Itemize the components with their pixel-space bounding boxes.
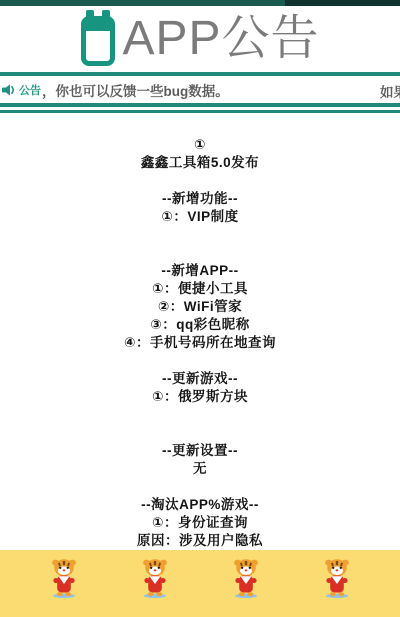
notice-label: 公告 (19, 82, 41, 98)
notice-overflow-text: 如果 (380, 81, 400, 101)
app-announcement-page: APP公告 公告 ，你也可以反馈一些bug数据。 如果 ①鑫鑫工具箱5.0发布-… (0, 0, 400, 617)
announcement-line: --新增功能-- (0, 190, 400, 208)
announcement-line: 鑫鑫工具箱5.0发布 (0, 154, 400, 172)
announcement-line: 无 (0, 460, 400, 478)
notice-marquee: 公告 ，你也可以反馈一些bug数据。 如果 (0, 76, 400, 103)
page-header: APP公告 (0, 6, 400, 72)
announcement-blank-line (0, 352, 400, 370)
announcement-line: ①：便捷小工具 (0, 280, 400, 298)
page-title: APP公告 (122, 15, 319, 63)
announcement-line: --淘汰APP%游戏-- (0, 496, 400, 514)
footer-mascot-bar (0, 550, 400, 617)
tiger-mascot-icon (229, 555, 263, 601)
announcement-line: ①：俄罗斯方块 (0, 388, 400, 406)
tiger-mascot-icon (138, 555, 172, 601)
speaker-icon (2, 83, 17, 97)
tiger-mascot-icon (320, 555, 354, 601)
announcement-blank-line (0, 226, 400, 244)
phone-icon (80, 10, 116, 66)
announcement-blank-line (0, 172, 400, 190)
status-bar (0, 0, 400, 6)
announcement-line: ①：身份证查询 (0, 514, 400, 532)
announcement-blank-line (0, 424, 400, 442)
announcement-line: ①：VIP制度 (0, 208, 400, 226)
status-bar-dark-segment (285, 0, 400, 6)
announcement-blank-line (0, 406, 400, 424)
announcement-body: ①鑫鑫工具箱5.0发布--新增功能--①：VIP制度--新增APP--①：便捷小… (0, 113, 400, 550)
announcement-line: --新增APP-- (0, 262, 400, 280)
announcement-line: ① (0, 136, 400, 154)
announcement-line: --更新设置-- (0, 442, 400, 460)
announcement-line: --更新游戏-- (0, 370, 400, 388)
announcement-blank-line (0, 244, 400, 262)
tiger-mascot-icon (47, 555, 81, 601)
announcement-line: 原因：涉及用户隐私 (0, 532, 400, 550)
announcement-line: ②：WiFi管家 (0, 298, 400, 316)
notice-text: ，你也可以反馈一些bug数据。 (42, 80, 229, 100)
announcement-line: ④：手机号码所在地查询 (0, 334, 400, 352)
notice-divider (0, 103, 400, 113)
announcement-blank-line (0, 478, 400, 496)
announcement-line: ③：qq彩色昵称 (0, 316, 400, 334)
